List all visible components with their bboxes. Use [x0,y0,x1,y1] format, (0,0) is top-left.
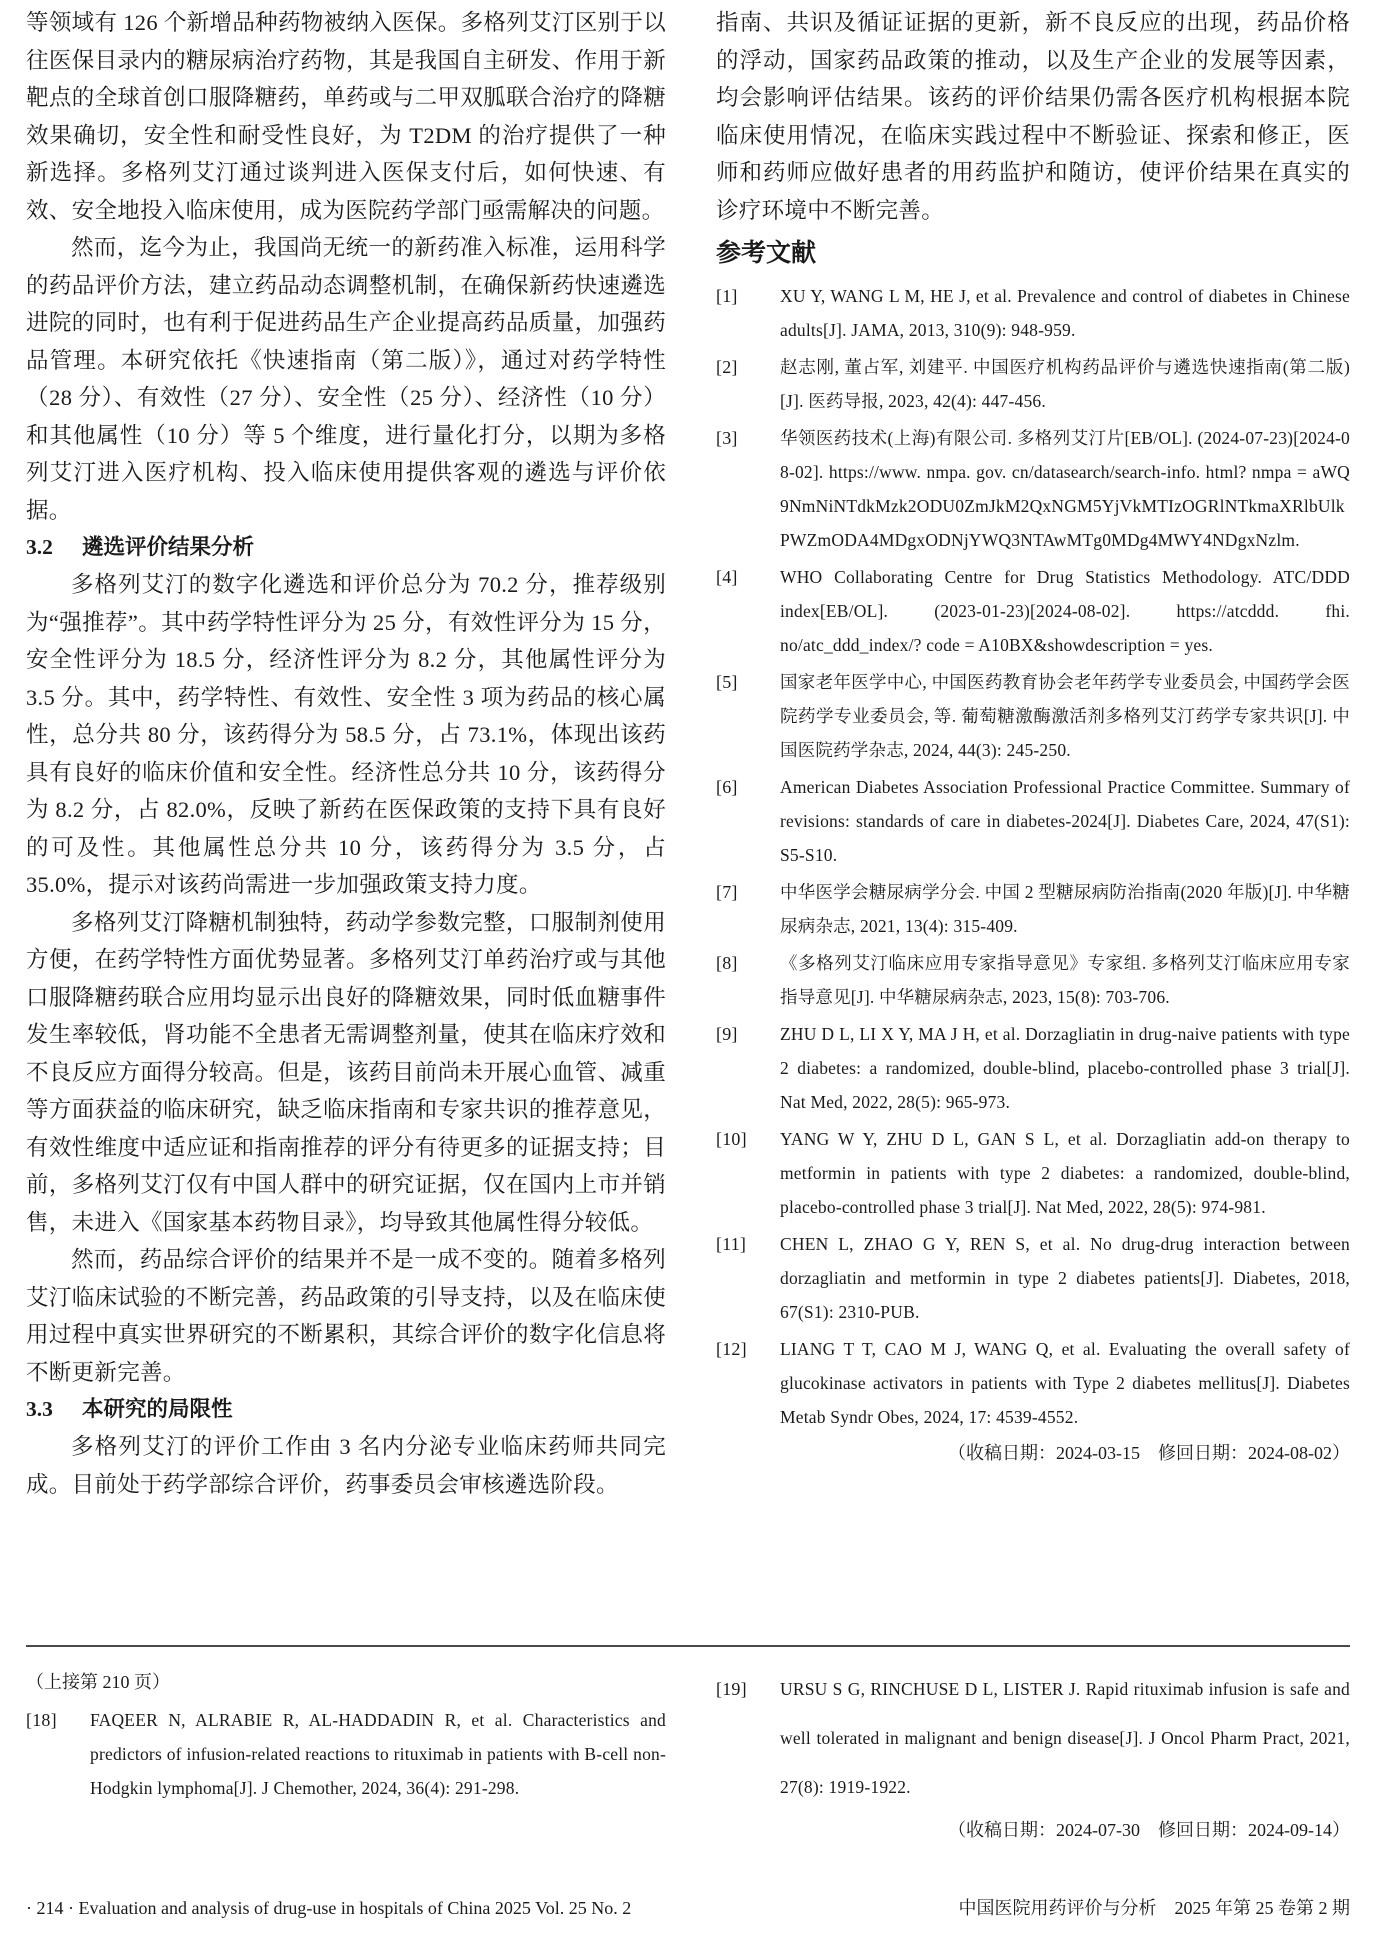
references-heading: 参考文献 [716,231,1350,275]
reference-number: [10] [716,1122,776,1156]
reference-number: [5] [716,665,776,699]
received-revised-dates: （收稿日期：2024-03-15 修回日期：2024-08-02） [716,1437,1350,1469]
reference-item: [11]CHEN L, ZHAO G Y, REN S, et al. No d… [716,1227,1350,1329]
reference-text: American Diabetes Association Profession… [780,777,1350,865]
reference-item: [5]国家老年医学中心, 中国医药教育协会老年药学专业委员会, 中国药学会医院药… [716,665,1350,767]
body-paragraph: 多格列艾汀的数字化遴选和评价总分为 70.2 分，推荐级别为“强推荐”。其中药学… [26,566,666,904]
section-divider [26,1645,1350,1647]
reference-number: [8] [716,946,776,980]
section-number: 3.2 [26,529,82,565]
body-paragraph: 指南、共识及循证证据的更新，新不良反应的出现，药品价格的浮动，国家药品政策的推动… [716,4,1350,229]
continuation-note: （上接第 210 页） [26,1665,666,1699]
reference-text: 国家老年医学中心, 中国医药教育协会老年药学专业委员会, 中国药学会医院药学专业… [780,672,1350,760]
reference-item: [6]American Diabetes Association Profess… [716,770,1350,872]
right-column: 指南、共识及循证证据的更新，新不良反应的出现，药品价格的浮动，国家药品政策的推动… [716,4,1350,1469]
reference-item: [18]FAQEER N, ALRABIE R, AL-HADDADIN R, … [26,1703,666,1805]
reference-text: YANG W Y, ZHU D L, GAN S L, et al. Dorza… [780,1129,1350,1217]
section-heading-3-3: 3.3本研究的局限性 [26,1391,666,1428]
reference-number: [4] [716,560,776,594]
body-paragraph: 然而，药品综合评价的结果并不是一成不变的。随着多格列艾汀临床试验的不断完善，药品… [26,1241,666,1391]
reference-text: 《多格列艾汀临床应用专家指导意见》专家组. 多格列艾汀临床应用专家指导意见[J]… [780,953,1350,1007]
reference-number: [3] [716,421,776,455]
received-revised-dates: （收稿日期：2024-07-30 修回日期：2024-09-14） [716,1814,1350,1846]
reference-item: [3]华领医药技术(上海)有限公司. 多格列艾汀片[EB/OL]. (2024-… [716,421,1350,557]
section-heading-3-2: 3.2遴选评价结果分析 [26,529,666,566]
left-column: 等领域有 126 个新增品种药物被纳入医保。多格列艾汀区别于以往医保目录内的糖尿… [26,4,666,1503]
reference-text: FAQEER N, ALRABIE R, AL-HADDADIN R, et a… [90,1710,666,1798]
footer-journal-chinese: 中国医院用药评价与分析 2025 年第 25 卷第 2 期 [959,1893,1351,1923]
reference-item: [8]《多格列艾汀临床应用专家指导意见》专家组. 多格列艾汀临床应用专家指导意见… [716,946,1350,1014]
reference-text: XU Y, WANG L M, HE J, et al. Prevalence … [780,286,1350,340]
reference-item: [9]ZHU D L, LI X Y, MA J H, et al. Dorza… [716,1017,1350,1119]
reference-item: [10]YANG W Y, ZHU D L, GAN S L, et al. D… [716,1122,1350,1224]
reference-item: [19]URSU S G, RINCHUSE D L, LISTER J. Ra… [716,1665,1350,1812]
body-paragraph: 等领域有 126 个新增品种药物被纳入医保。多格列艾汀区别于以往医保目录内的糖尿… [26,4,666,229]
reference-item: [7]中华医学会糖尿病学分会. 中国 2 型糖尿病防治指南(2020 年版)[J… [716,875,1350,943]
reference-item: [2]赵志刚, 董占军, 刘建平. 中国医疗机构药品评价与遴选快速指南(第二版)… [716,350,1350,418]
section-number: 3.3 [26,1391,82,1427]
reference-text: WHO Collaborating Centre for Drug Statis… [780,567,1350,655]
reference-number: [2] [716,350,776,384]
reference-item: [1]XU Y, WANG L M, HE J, et al. Prevalen… [716,279,1350,347]
continuation-left: （上接第 210 页） [18]FAQEER N, ALRABIE R, AL-… [26,1665,666,1805]
reference-text: ZHU D L, LI X Y, MA J H, et al. Dorzagli… [780,1024,1350,1112]
continuation-right: [19]URSU S G, RINCHUSE D L, LISTER J. Ra… [716,1665,1350,1846]
body-paragraph: 多格列艾汀降糖机制独特，药动学参数完整，口服制剂使用方便，在药学特性方面优势显著… [26,904,666,1242]
reference-number: [6] [716,770,776,804]
reference-text: LIANG T T, CAO M J, WANG Q, et al. Evalu… [780,1339,1350,1427]
section-title: 本研究的局限性 [82,1397,233,1422]
reference-number: [18] [26,1703,86,1737]
reference-item: [4]WHO Collaborating Centre for Drug Sta… [716,560,1350,662]
reference-text: CHEN L, ZHAO G Y, REN S, et al. No drug-… [780,1234,1350,1322]
reference-text: 赵志刚, 董占军, 刘建平. 中国医疗机构药品评价与遴选快速指南(第二版)[J]… [780,357,1350,411]
reference-text: 中华医学会糖尿病学分会. 中国 2 型糖尿病防治指南(2020 年版)[J]. … [780,882,1350,936]
reference-text: 华领医药技术(上海)有限公司. 多格列艾汀片[EB/OL]. (2024-07-… [780,428,1350,550]
reference-number: [12] [716,1332,776,1366]
body-paragraph: 多格列艾汀的评价工作由 3 名内分泌专业临床药师共同完成。目前处于药学部综合评价… [26,1428,666,1503]
footer-journal-english: · 214 · Evaluation and analysis of drug-… [26,1893,631,1923]
section-title: 遴选评价结果分析 [82,535,254,560]
reference-number: [1] [716,279,776,313]
reference-item: [12]LIANG T T, CAO M J, WANG Q, et al. E… [716,1332,1350,1434]
reference-number: [7] [716,875,776,909]
page-footer: · 214 · Evaluation and analysis of drug-… [26,1893,1350,1923]
reference-number: [19] [716,1665,776,1714]
reference-text: URSU S G, RINCHUSE D L, LISTER J. Rapid … [780,1679,1350,1797]
reference-list: [1]XU Y, WANG L M, HE J, et al. Prevalen… [716,279,1350,1434]
body-paragraph: 然而，迄今为止，我国尚无统一的新药准入标准，运用科学的药品评价方法，建立药品动态… [26,229,666,529]
reference-number: [11] [716,1227,776,1261]
reference-number: [9] [716,1017,776,1051]
